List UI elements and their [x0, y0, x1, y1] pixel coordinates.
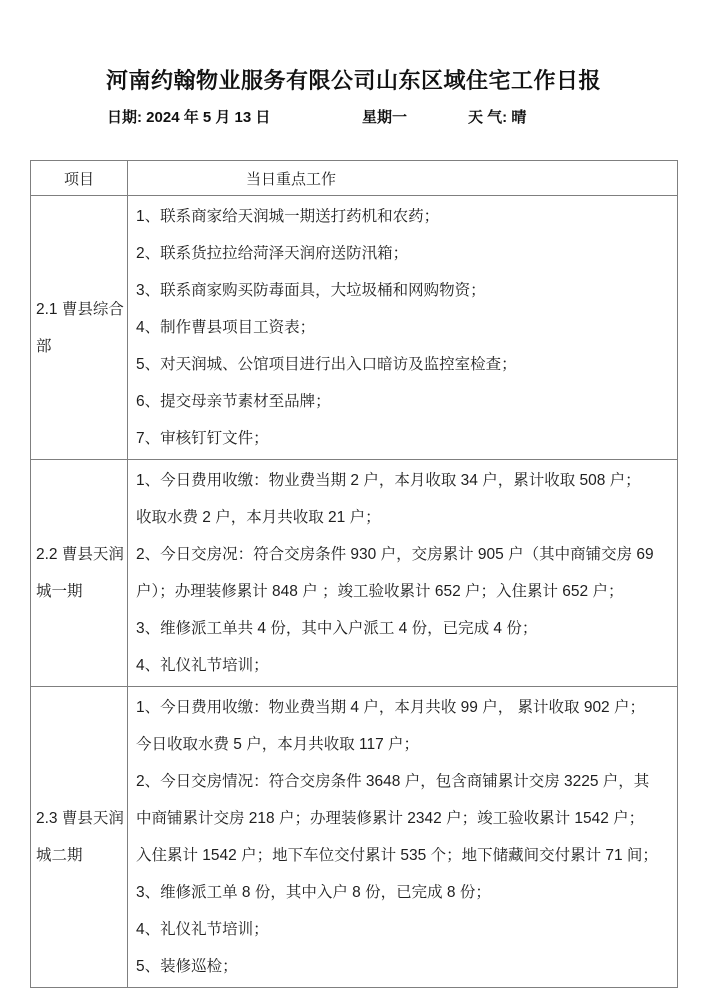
work-item: 2、今日交房情况：符合交房条件 3648 户，包含商铺累计交房 3225 户，其… — [136, 763, 673, 874]
work-item: 3、维修派工单共 4 份，其中入户派工 4 份，已完成 4 份； — [136, 610, 673, 647]
date-value: 日期: 2024 年 5 月 13 日 — [107, 106, 270, 127]
project-cell: 2.2 曹县天润城一期 — [31, 460, 128, 687]
report-table-body: 2.1 曹县综合部1、联系商家给天润城一期送打药机和农药；2、联系货拉拉给菏泽天… — [31, 196, 678, 988]
table-header-row: 项目 当日重点工作 — [31, 161, 678, 196]
work-item: 2、今日交房况：符合交房条件 930 户，交房累计 905 户（其中商铺交房 6… — [136, 536, 673, 610]
work-cell: 1、联系商家给天润城一期送打药机和农药；2、联系货拉拉给菏泽天润府送防汛箱；3、… — [128, 196, 678, 460]
work-item: 6、提交母亲节素材至品牌； — [136, 383, 673, 420]
table-row: 2.1 曹县综合部1、联系商家给天润城一期送打药机和农药；2、联系货拉拉给菏泽天… — [31, 196, 678, 460]
column-header-work: 当日重点工作 — [128, 161, 678, 196]
table-row: 2.2 曹县天润城一期1、今日费用收缴：物业费当期 2 户，本月收取 34 户，… — [31, 460, 678, 687]
report-page: 河南约翰物业服务有限公司山东区域住宅工作日报 日期: 2024 年 5 月 13… — [0, 0, 707, 999]
work-item: 4、制作曹县项目工资表； — [136, 309, 673, 346]
work-item: 5、对天润城、公馆项目进行出入口暗访及监控室检查； — [136, 346, 673, 383]
page-title: 河南约翰物业服务有限公司山东区域住宅工作日报 — [0, 64, 707, 95]
work-item: 1、联系商家给天润城一期送打药机和农药； — [136, 198, 673, 235]
weather-value: 天 气: 晴 — [468, 106, 526, 127]
date-line: 日期: 2024 年 5 月 13 日 星期一 天 气: 晴 — [0, 106, 707, 130]
work-item: 2、联系货拉拉给菏泽天润府送防汛箱； — [136, 235, 673, 272]
work-item: 5、装修巡检； — [136, 948, 673, 985]
work-cell: 1、今日费用收缴：物业费当期 4 户，本月共收 99 户， 累计收取 902 户… — [128, 687, 678, 988]
daily-report-table: 项目 当日重点工作 2.1 曹县综合部1、联系商家给天润城一期送打药机和农药；2… — [30, 160, 678, 988]
weekday-value: 星期一 — [362, 106, 407, 127]
project-cell: 2.3 曹县天润城二期 — [31, 687, 128, 988]
work-cell: 1、今日费用收缴：物业费当期 2 户，本月收取 34 户，累计收取 508 户；… — [128, 460, 678, 687]
work-item: 3、联系商家购买防毒面具，大垃圾桶和网购物资； — [136, 272, 673, 309]
work-item: 3、维修派工单 8 份，其中入户 8 份，已完成 8 份； — [136, 874, 673, 911]
column-header-project: 项目 — [31, 161, 128, 196]
work-item: 1、今日费用收缴：物业费当期 4 户，本月共收 99 户， 累计收取 902 户… — [136, 689, 673, 763]
work-item: 4、礼仪礼节培训； — [136, 647, 673, 684]
work-item: 4、礼仪礼节培训； — [136, 911, 673, 948]
work-item: 7、审核钉钉文件； — [136, 420, 673, 457]
project-cell: 2.1 曹县综合部 — [31, 196, 128, 460]
work-item: 1、今日费用收缴：物业费当期 2 户，本月收取 34 户，累计收取 508 户；… — [136, 462, 673, 536]
table-row: 2.3 曹县天润城二期1、今日费用收缴：物业费当期 4 户，本月共收 99 户，… — [31, 687, 678, 988]
